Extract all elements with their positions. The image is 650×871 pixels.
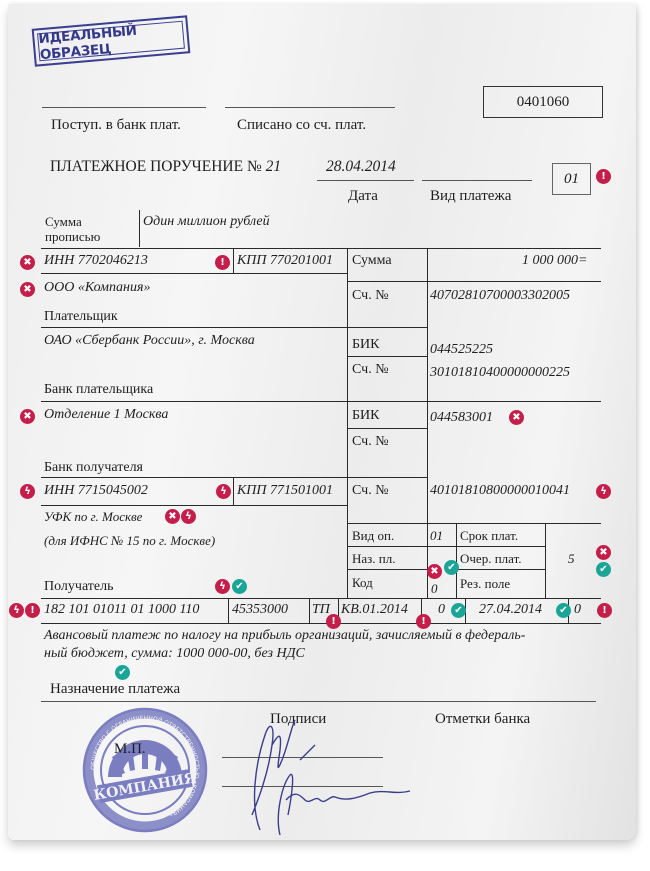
oktmo-value: 45353000 (232, 602, 288, 618)
change-icon: ϟ (215, 579, 230, 594)
grid-line (347, 428, 428, 429)
grid-line (347, 356, 428, 357)
payee-bank-bik: 044583001 (430, 410, 493, 426)
grid-line (228, 598, 229, 623)
grid-line (233, 248, 234, 273)
payer-inn: ИНН 7702046213 (44, 253, 148, 269)
kod-value: 0 (431, 581, 438, 597)
error-icon: ✖ (596, 545, 611, 560)
grid-line (41, 505, 347, 506)
change-icon: ϟ (20, 484, 35, 499)
grid-line (41, 477, 428, 478)
payer-bank-account: 30101810400000000225 (430, 365, 570, 381)
payee-account: 40101810800000010041 (430, 483, 570, 499)
amount-words-label: Сумма (45, 214, 82, 230)
grid-line (41, 401, 601, 402)
debited-line (225, 107, 395, 108)
grid-line (456, 569, 545, 570)
payer-kpp: КПП 770201001 (237, 253, 333, 269)
payee-bank-bik-label: БИК (352, 408, 380, 424)
payee-kpp: КПП 771501001 (237, 483, 333, 499)
sample-stamp-label: ИДЕАЛЬНЫЙ ОБРАЗЕЦ (37, 21, 185, 62)
purpose-label: Назначение платежа (50, 681, 180, 697)
tax-doc-date: 27.04.2014 (479, 602, 542, 618)
grid-line (347, 546, 545, 547)
grid-line (41, 598, 601, 599)
vid-op-value: 01 (430, 528, 443, 544)
page-title: ПЛАТЕЖНОЕ ПОРУЧЕНИЕ № 21 (50, 159, 281, 175)
payee-name-2: (для ИФНС № 15 по г. Москве) (44, 533, 215, 549)
tax-doc-number: 0 (438, 602, 445, 618)
grid-line (347, 281, 601, 282)
purpose-line (41, 701, 596, 702)
received-label: Поступ. в банк плат. (51, 117, 181, 133)
payee-bank-name: Отделение 1 Москва (44, 407, 168, 423)
payment-type-label: Вид платежа (430, 188, 511, 204)
payer-bank-bik: 044525225 (430, 342, 493, 358)
grid-line (309, 598, 310, 623)
check-icon: ✔ (444, 560, 459, 575)
rez-label: Рез. поле (460, 576, 510, 592)
status-code-box: 01 (552, 163, 591, 195)
grid-line (456, 523, 457, 598)
bank-marks-label: Отметки банка (435, 711, 530, 727)
sum-value: 1 000 000= (522, 253, 587, 269)
payer-bank-name: ОАО «Сбербанк России», г. Москва (44, 333, 255, 349)
grid-line (427, 248, 428, 598)
company-seal: ОБЩЕСТВО С ОГРАНИЧЕННОЙ ОТВЕТСТВЕННОСТЬЮ… (80, 705, 210, 835)
change-icon: ϟ (181, 509, 196, 524)
payment-type-line (422, 180, 532, 181)
grid-line (41, 327, 428, 328)
error-icon: ✖ (427, 564, 442, 579)
ocher-label: Очер. плат. (460, 551, 522, 567)
payee-account-label: Сч. № (352, 483, 389, 499)
warning-icon: ! (596, 169, 611, 184)
payer-label: Плательщик (44, 309, 118, 325)
form-code-box: 0401060 (483, 86, 603, 118)
change-icon: ϟ (9, 603, 24, 618)
vid-op-label: Вид оп. (352, 528, 394, 544)
srok-label: Срок плат. (460, 528, 518, 544)
grid-line (347, 248, 348, 598)
purpose-line-2: ный бюджет, сумма: 1000 000-00, без НДС (44, 646, 305, 662)
payer-bank-bik-label: БИК (352, 337, 380, 353)
grid-line (41, 248, 601, 249)
ocher-value: 5 (568, 551, 575, 567)
grid-line (545, 523, 546, 598)
check-icon: ✔ (556, 603, 571, 618)
tax-period: КВ.01.2014 (341, 602, 408, 618)
amount-words-label-2: прописью (45, 229, 100, 245)
warning-icon: ! (215, 255, 230, 270)
payee-bank-account-label: Сч. № (352, 434, 389, 450)
kod-label: Код (352, 575, 373, 591)
payer-account-label: Сч. № (352, 288, 389, 304)
error-icon: ✖ (165, 509, 180, 524)
error-icon: ✖ (20, 255, 35, 270)
received-line (42, 107, 206, 108)
payer-account: 40702810700003302005 (430, 288, 570, 304)
warning-icon: ! (597, 603, 612, 618)
grid-line (347, 523, 601, 524)
amount-words-value: Один миллион рублей (143, 214, 270, 230)
sum-label: Сумма (352, 253, 392, 269)
seal-label: М.П. (114, 741, 146, 757)
kbk-value: 182 101 01011 01 1000 110 (44, 602, 199, 618)
order-number: 21 (266, 158, 282, 175)
check-icon: ✔ (232, 579, 247, 594)
warning-icon: ! (25, 603, 40, 618)
payee-bank-label: Банк получателя (44, 460, 143, 476)
payee-name: УФК по г. Москве (44, 509, 142, 525)
error-icon: ✖ (509, 410, 524, 425)
payee-inn: ИНН 7715045002 (44, 483, 148, 499)
purpose-line-1: Авансовый платеж по налогу на прибыль ор… (44, 628, 525, 644)
payee-label: Получатель (44, 579, 114, 595)
payer-bank-label: Банк плательщика (44, 382, 153, 398)
grid-line (41, 273, 347, 274)
naz-pl-label: Наз. пл. (352, 551, 396, 567)
error-icon: ✖ (20, 282, 35, 297)
tax-type: 0 (574, 602, 581, 618)
payer-name: ООО «Компания» (44, 280, 150, 296)
order-date: 28.04.2014 (326, 159, 396, 175)
check-icon: ✔ (596, 562, 611, 577)
signature (220, 705, 420, 845)
divider (139, 210, 140, 247)
check-icon: ✔ (451, 603, 466, 618)
change-icon: ϟ (216, 484, 231, 499)
payer-bank-account-label: Сч. № (352, 362, 389, 378)
check-icon: ✔ (115, 665, 130, 680)
change-icon: ϟ (596, 484, 611, 499)
warning-icon: ! (326, 614, 341, 629)
date-line (317, 180, 414, 181)
grid-line (347, 569, 428, 570)
debited-label: Списано со сч. плат. (237, 117, 366, 133)
error-icon: ✖ (20, 409, 35, 424)
grid-line (233, 477, 234, 505)
warning-icon: ! (416, 614, 431, 629)
date-label: Дата (348, 188, 378, 204)
grid-line (41, 623, 601, 624)
